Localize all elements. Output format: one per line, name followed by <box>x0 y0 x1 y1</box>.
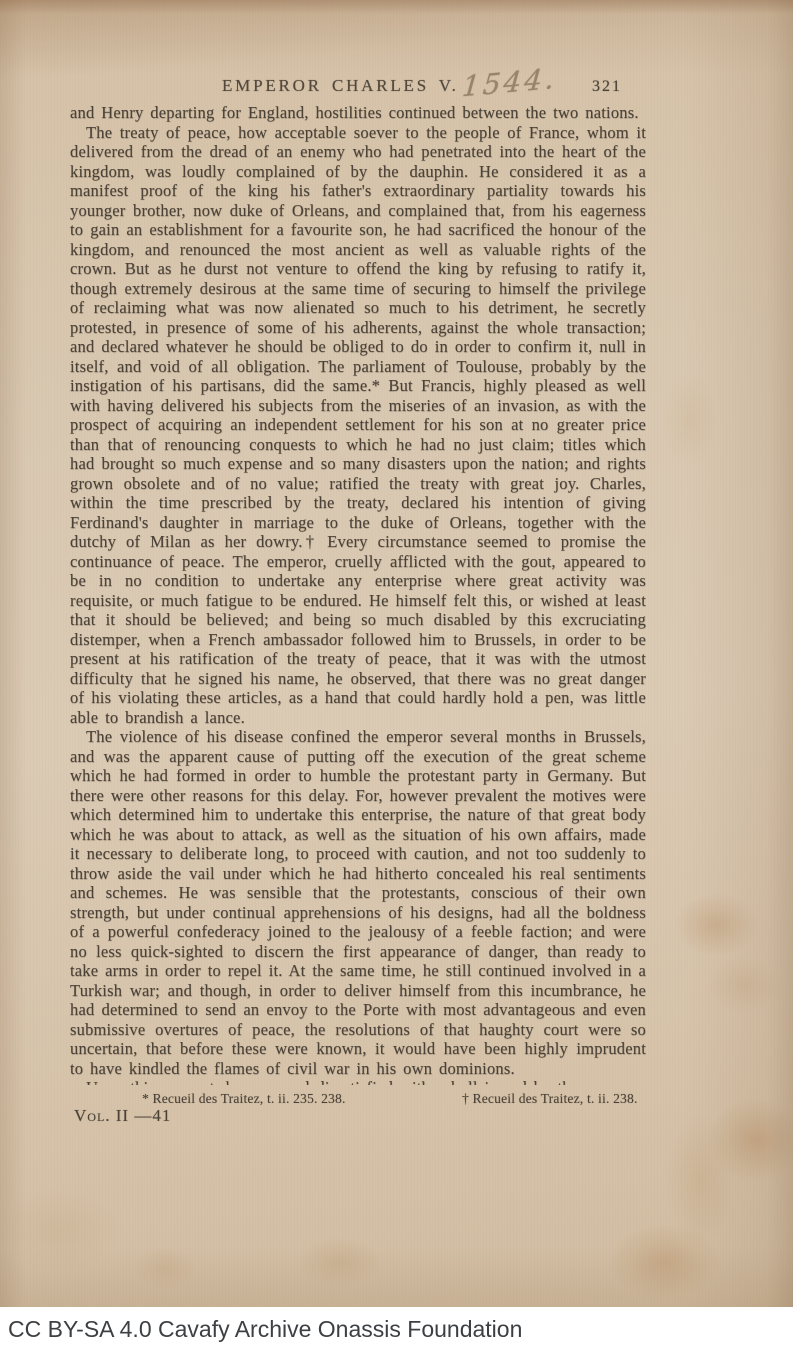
footnote-dagger: † Recueil des Traitez, t. ii. 238. <box>462 1091 638 1107</box>
handwritten-year-annotation: 1544. <box>461 62 559 104</box>
page-number: 321 <box>592 78 622 96</box>
license-bar: CC BY-SA 4.0 Cavafy Archive Onassis Foun… <box>0 1307 793 1351</box>
paragraph-catchline: Upon this account, he appeared dissatisf… <box>70 1078 646 1085</box>
license-text: CC BY-SA 4.0 Cavafy Archive Onassis Foun… <box>0 1316 522 1343</box>
running-title: EMPEROR CHARLES V. <box>222 76 459 96</box>
book-page-screenshot: EMPEROR CHARLES V. 1544. 321 and Henry d… <box>0 0 793 1351</box>
running-head: EMPEROR CHARLES V. 1544. 321 <box>0 0 793 100</box>
paragraph-violence-of-disease: The violence of his disease confined the… <box>70 727 646 1078</box>
paragraph-treaty-of-peace: The treaty of peace, how acceptable soev… <box>70 123 646 728</box>
page-scan: EMPEROR CHARLES V. 1544. 321 and Henry d… <box>0 0 793 1307</box>
body-text: and Henry departing for England, hostili… <box>70 103 646 1085</box>
paragraph-continuation: and Henry departing for England, hostili… <box>70 103 646 123</box>
volume-signature: Vol. II —41 <box>74 1106 171 1126</box>
footnote-asterisk: * Recueil des Traitez, t. ii. 235. 238. <box>142 1091 346 1107</box>
